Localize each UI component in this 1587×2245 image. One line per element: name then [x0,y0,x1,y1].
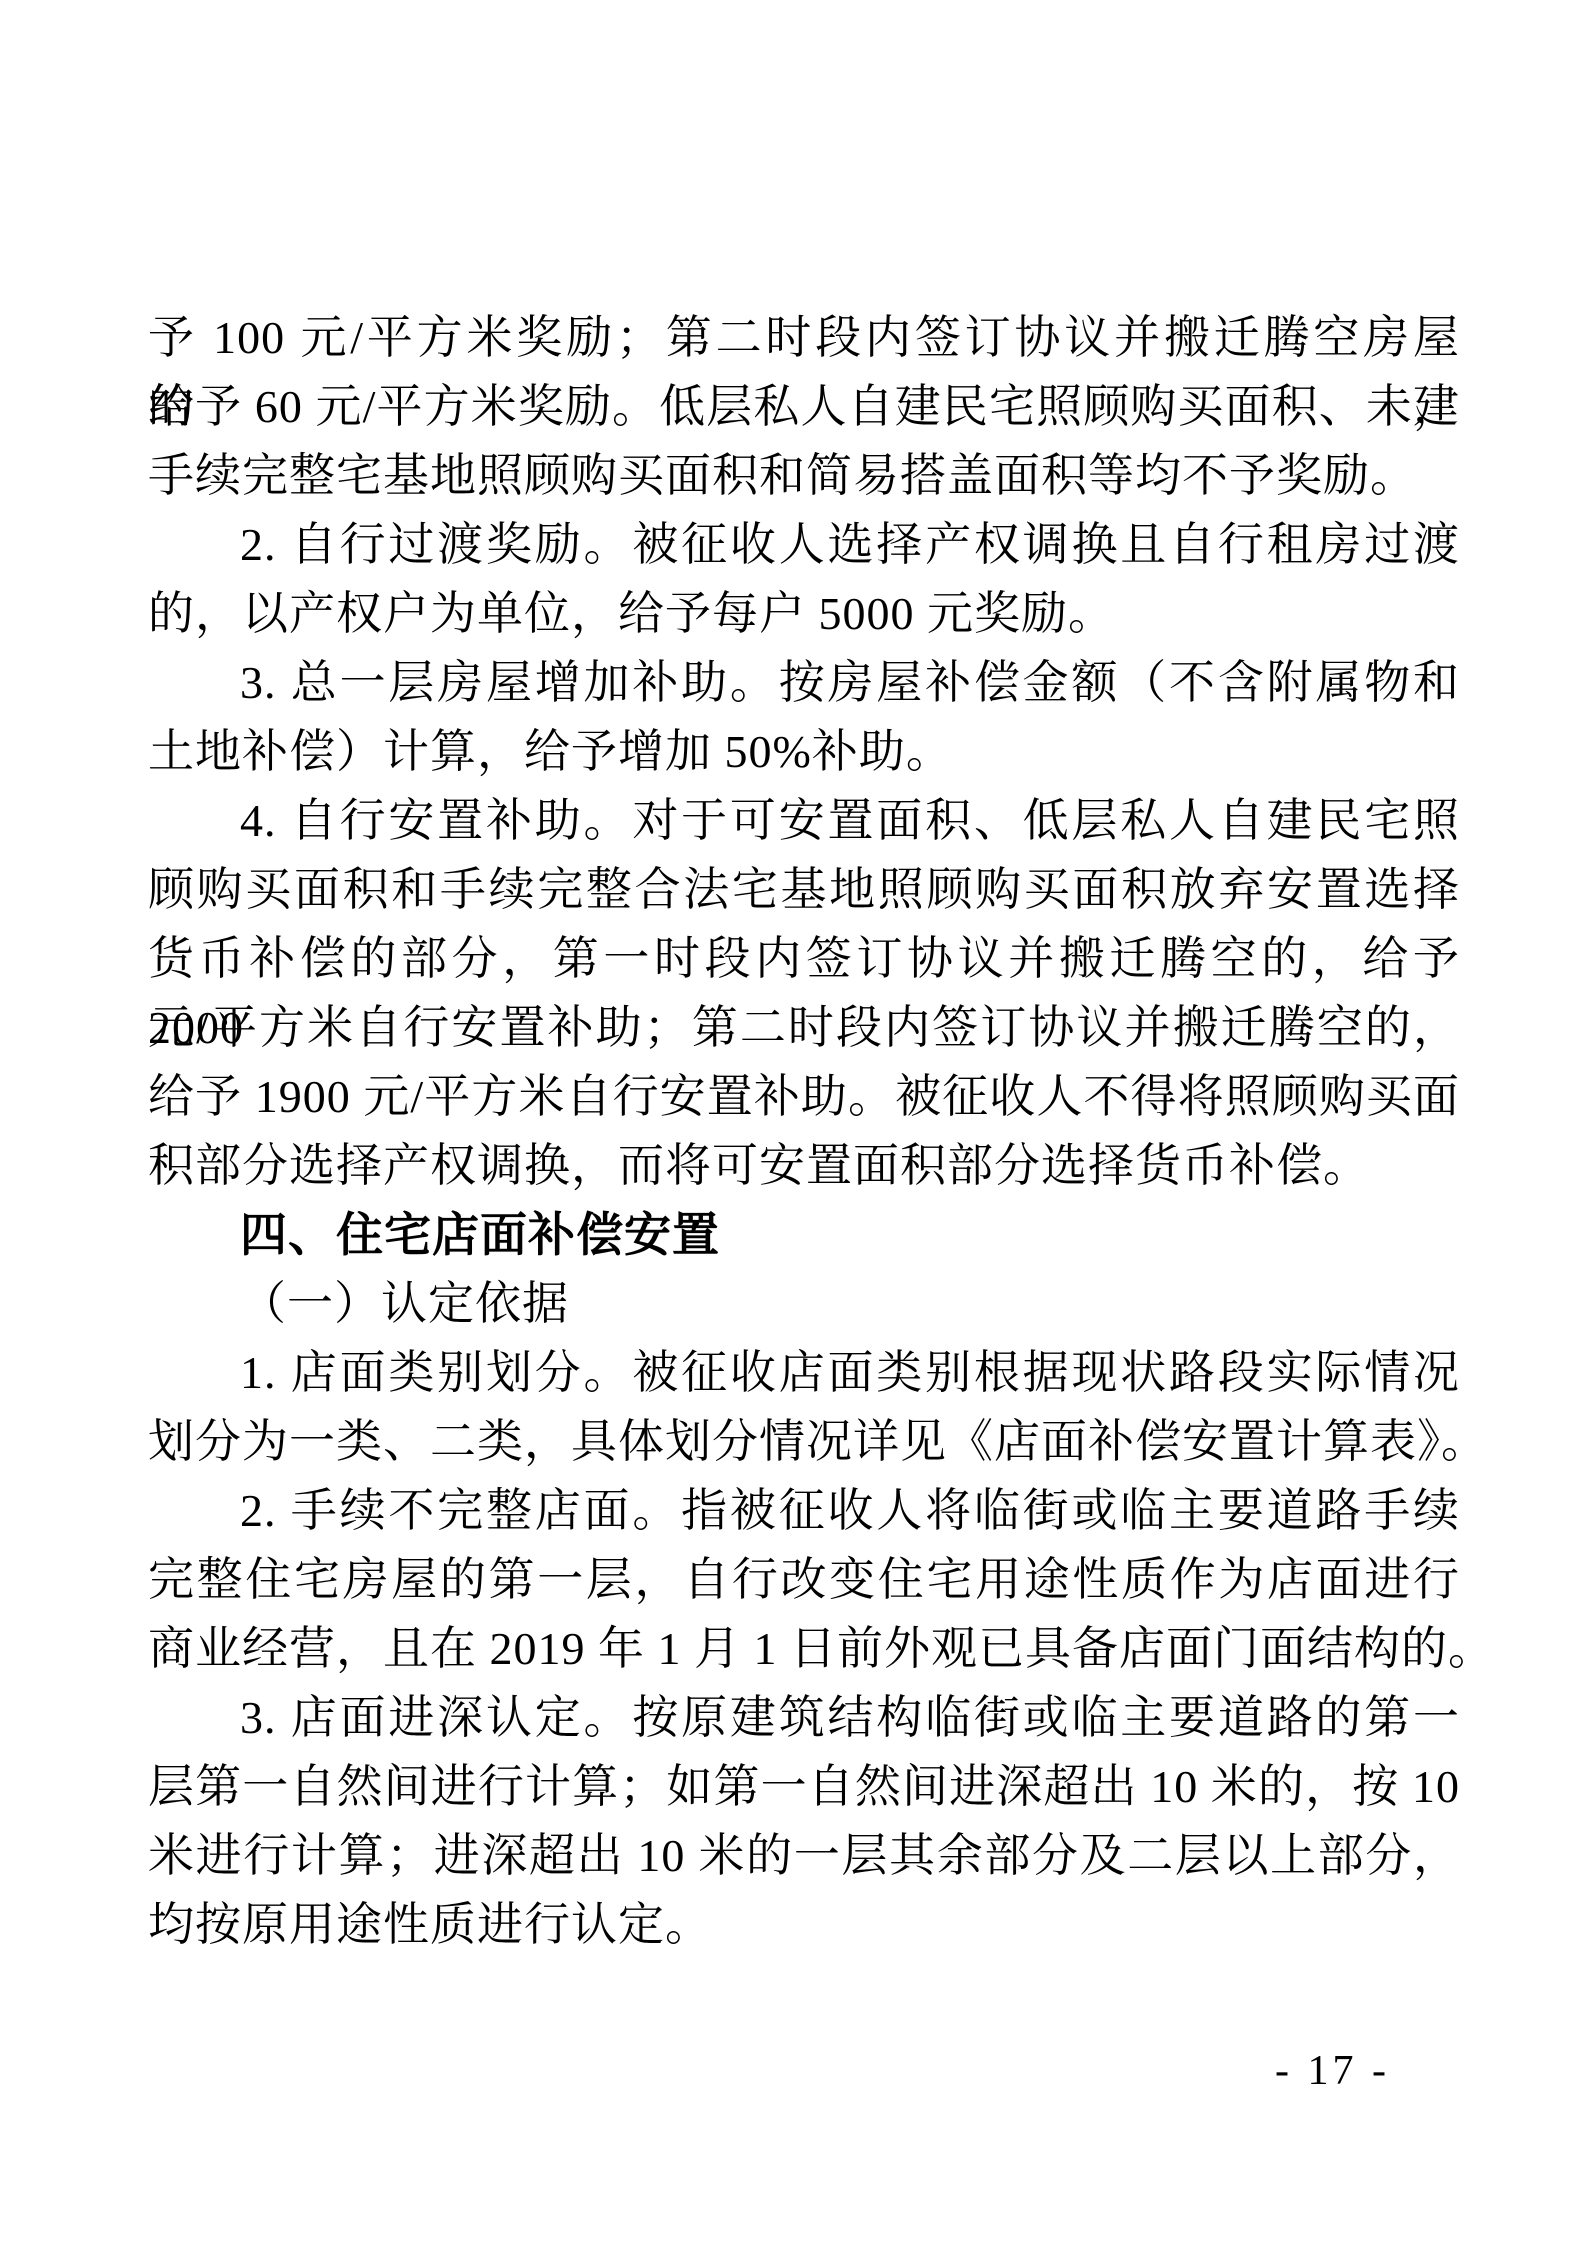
section-heading: 四、住宅店面补偿安置 [148,1200,1460,1269]
text-line: 元/平方米自行安置补助；第二时段内签订协议并搬迁腾空的， [148,993,1460,1062]
text-line-list-item-1: 1. 店面类别划分。被征收店面类别根据现状路段实际情况 [148,1338,1460,1407]
text-line: 予 100 元/平方米奖励；第二时段内签订协议并搬迁腾空房屋的， [148,303,1460,372]
text-line: 的，以产权户为单位，给予每户 5000 元奖励。 [148,579,1460,648]
text-line: 顾购买面积和手续完整合法宅基地照顾购买面积放弃安置选择 [148,855,1460,924]
text-line-list-item-4: 4. 自行安置补助。对于可安置面积、低层私人自建民宅照 [148,786,1460,855]
text-line: 均按原用途性质进行认定。 [148,1890,1460,1959]
text-line: 给予 60 元/平方米奖励。低层私人自建民宅照顾购买面积、未建 [148,372,1460,441]
text-line: 划分为一类、二类，具体划分情况详见《店面补偿安置计算表》。 [148,1407,1460,1476]
text-line: 给予 1900 元/平方米自行安置补助。被征收人不得将照顾购买面 [148,1062,1460,1131]
text-line: 积部分选择产权调换，而将可安置面积部分选择货币补偿。 [148,1131,1460,1200]
document-body: 予 100 元/平方米奖励；第二时段内签订协议并搬迁腾空房屋的， 给予 60 元… [148,303,1460,1959]
text-line: 米进行计算；进深超出 10 米的一层其余部分及二层以上部分， [148,1821,1460,1890]
text-line: 土地补偿）计算，给予增加 50%补助。 [148,717,1460,786]
text-line: 层第一自然间进行计算；如第一自然间进深超出 10 米的，按 10 [148,1752,1460,1821]
text-line: 商业经营，且在 2019 年 1 月 1 日前外观已具备店面门面结构的。 [148,1614,1460,1683]
text-line: 手续完整宅基地照顾购买面积和简易搭盖面积等均不予奖励。 [148,441,1460,510]
text-line-list-item-3: 3. 总一层房屋增加补助。按房屋补偿金额（不含附属物和 [148,648,1460,717]
page-number: - 17 - [1275,2046,1390,2096]
text-line: 货币补偿的部分，第一时段内签订协议并搬迁腾空的，给予 2000 [148,924,1460,993]
text-line-list-item-3: 3. 店面进深认定。按原建筑结构临街或临主要道路的第一 [148,1683,1460,1752]
document-page: 予 100 元/平方米奖励；第二时段内签订协议并搬迁腾空房屋的， 给予 60 元… [0,0,1587,2245]
text-line-list-item-2: 2. 手续不完整店面。指被征收人将临街或临主要道路手续 [148,1476,1460,1545]
subsection-heading: （一）认定依据 [148,1269,1460,1338]
text-line-list-item-2: 2. 自行过渡奖励。被征收人选择产权调换且自行租房过渡 [148,510,1460,579]
text-line: 完整住宅房屋的第一层，自行改变住宅用途性质作为店面进行 [148,1545,1460,1614]
